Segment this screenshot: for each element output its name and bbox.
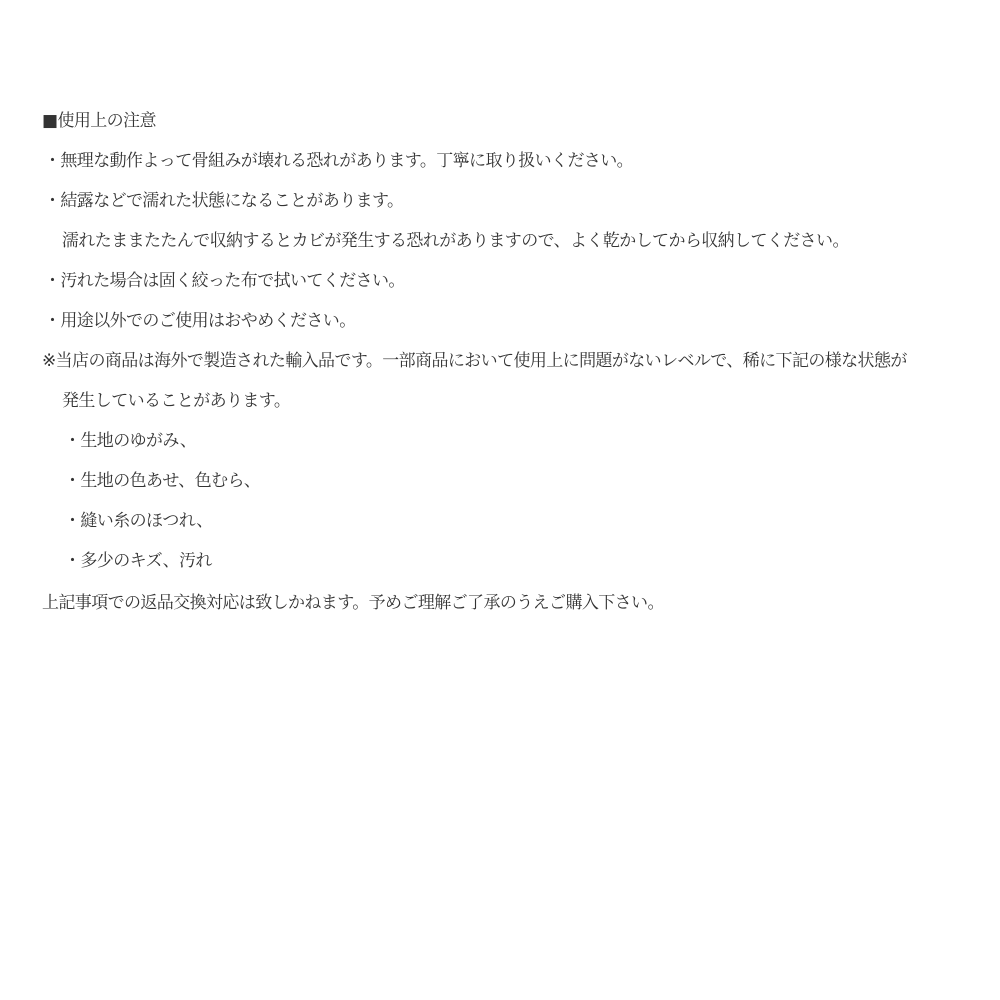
notice-return-policy: 上記事項での返品交換対応は致しかねます。予めご理解ご了承のうえご購入下さい。 [42,592,664,614]
notice-import-note: ※当店の商品は海外で製造された輸入品です。一部商品において使用上に問題がないレベ… [42,350,907,372]
notice-item-handling: ・無理な動作よって骨組みが壊れる恐れがあります。丁寧に取り扱いください。 [44,150,633,172]
defect-item-fading: ・生地の色あせ、色むら、 [64,470,260,492]
usage-notice-document: ■使用上の注意 ・無理な動作よって骨組みが壊れる恐れがあります。丁寧に取り扱いく… [0,0,1000,1000]
defect-item-scratches: ・多少のキズ、汚れ [64,550,212,572]
notice-import-note-cont: 発生していることがあります。 [62,390,290,412]
notice-item-cleaning: ・汚れた場合は固く絞った布で拭いてください。 [44,270,405,292]
defect-item-fabric-distortion: ・生地のゆがみ、 [64,430,196,452]
notice-item-condensation-detail: 濡れたままたたんで収納するとカビが発生する恐れがありますので、よく乾かしてから収… [62,230,849,252]
notice-item-condensation: ・結露などで濡れた状態になることがあります。 [44,190,403,212]
defect-item-loose-thread: ・縫い糸のほつれ、 [64,510,213,532]
notice-title: ■使用上の注意 [42,110,156,132]
notice-item-usage: ・用途以外でのご使用はおやめください。 [44,310,356,332]
